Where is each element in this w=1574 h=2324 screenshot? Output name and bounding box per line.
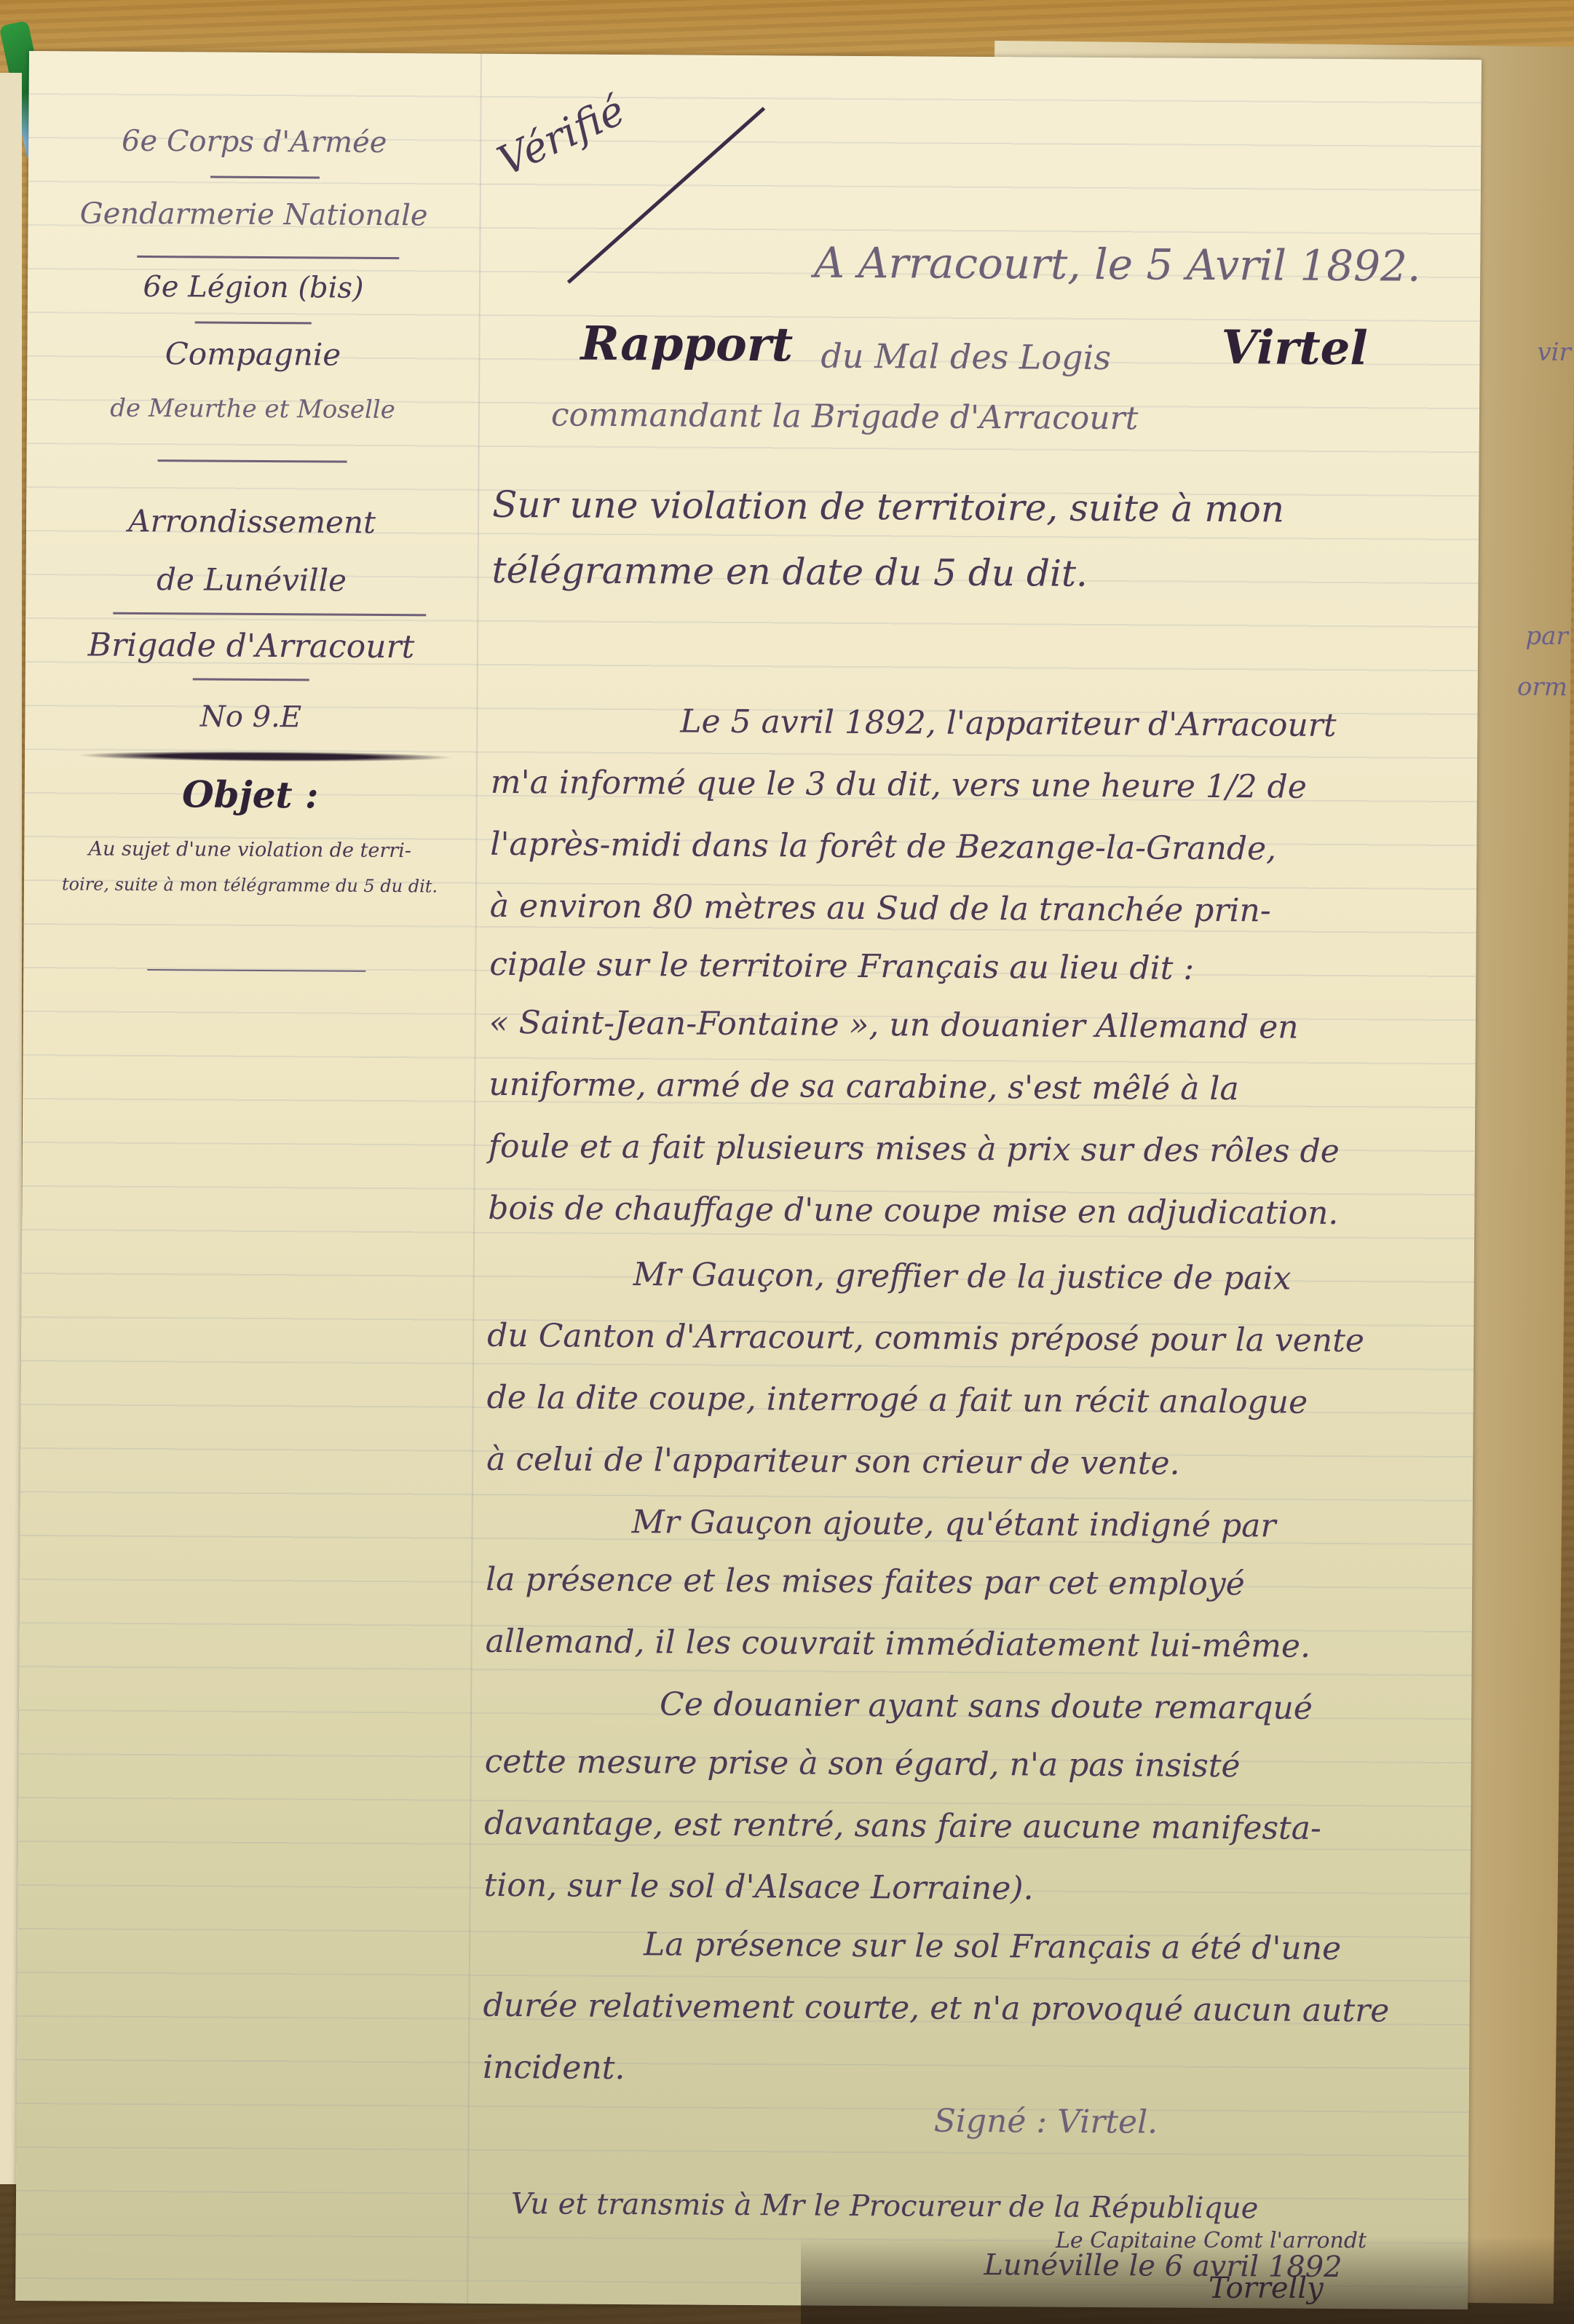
divider bbox=[137, 256, 399, 259]
divider bbox=[147, 969, 365, 972]
ornamental-swash bbox=[76, 750, 454, 762]
body-line: durée relativement courte, et n'a provoq… bbox=[483, 1987, 1389, 2030]
letterhead-arrondissement-label: Arrondissement bbox=[26, 502, 478, 541]
endorsement-line: Vu et transmis à Mr le Procureur de la R… bbox=[511, 2187, 1259, 2225]
objet-text-line: toire, suite à mon télégramme du 5 du di… bbox=[24, 874, 475, 897]
letterhead-company-label: Compagnie bbox=[27, 335, 478, 373]
body-line: allemand, il les couvrait immédiatement … bbox=[486, 1623, 1311, 1665]
subject-line: Sur une violation de territoire, suite à… bbox=[492, 483, 1284, 531]
body-line: Mr Gauçon, greffier de la justice de pai… bbox=[633, 1256, 1292, 1297]
report-page: 6e Corps d'Armée Gendarmerie Nationale 6… bbox=[15, 51, 1482, 2309]
body-line: bois de chauffage d'une coupe mise en ad… bbox=[488, 1190, 1338, 1232]
body-line: Le 5 avril 1892, l'appariteur d'Arracour… bbox=[680, 703, 1336, 744]
body-line: Ce douanier ayant sans doute remarqué bbox=[660, 1685, 1313, 1726]
letterhead-arrondissement: de Lunéville bbox=[25, 561, 477, 599]
body-line: de la dite coupe, interrogé a fait un ré… bbox=[487, 1379, 1308, 1421]
underlying-fragment: par bbox=[1525, 622, 1568, 652]
verified-annotation: Vérifié bbox=[491, 87, 632, 186]
body-line: foule et a fait plusieurs mises à prix s… bbox=[489, 1128, 1340, 1170]
report-author-name: Virtel bbox=[1221, 320, 1368, 376]
objet-label: Objet : bbox=[25, 772, 476, 818]
margin-rule bbox=[467, 54, 482, 2304]
letterhead-corps: 6e Corps d'Armée bbox=[28, 124, 480, 160]
body-line: cette mesure prise à son égard, n'a pas … bbox=[485, 1743, 1241, 1784]
report-title-word: Rapport bbox=[580, 317, 793, 373]
divider bbox=[195, 321, 312, 324]
signature-line: Signé : Virtel. bbox=[933, 2103, 1158, 2141]
bottom-shadow bbox=[801, 2237, 1574, 2324]
body-line: uniforme, armé de sa carabine, s'est mêl… bbox=[489, 1066, 1239, 1107]
body-line: tion, sur le sol d'Alsace Lorraine). bbox=[483, 1867, 1033, 1908]
letterhead-company: de Meurthe et Moselle bbox=[27, 393, 478, 425]
divider bbox=[193, 678, 309, 681]
subject-line: télégramme en date du 5 du dit. bbox=[491, 549, 1088, 595]
body-line: « Saint-Jean-Fontaine », un douanier All… bbox=[489, 1004, 1299, 1046]
body-line: davantage, est rentré, sans faire aucune… bbox=[484, 1805, 1321, 1847]
body-line: cipale sur le territoire Français au lie… bbox=[489, 946, 1194, 987]
body-line: l'après-midi dans la forêt de Bezange-la… bbox=[490, 826, 1276, 868]
letterhead-branch: Gendarmerie Nationale bbox=[28, 197, 479, 233]
report-title-rank: du Mal des Logis bbox=[820, 336, 1111, 377]
report-title-command: commandant la Brigade d'Arracourt bbox=[551, 396, 1139, 437]
body-line: m'a informé que le 3 du dit, vers une he… bbox=[491, 764, 1307, 806]
body-line: Mr Gauçon ajoute, qu'étant indigné par bbox=[632, 1503, 1276, 1544]
body-line: incident. bbox=[483, 2049, 625, 2087]
letterhead-legion: 6e Légion (bis) bbox=[28, 269, 479, 306]
divider bbox=[210, 176, 320, 179]
divider bbox=[113, 612, 426, 617]
divider bbox=[158, 459, 347, 463]
objet-text-line: Au sujet d'une violation de terri- bbox=[24, 837, 475, 863]
body-line: du Canton d'Arracourt, commis préposé po… bbox=[487, 1317, 1364, 1359]
letterhead-brigade: Brigade d'Arracourt bbox=[25, 626, 477, 666]
underlying-fragment: vir bbox=[1537, 338, 1571, 367]
place-date: A Arracourt, le 5 Avril 1892. bbox=[814, 238, 1421, 291]
body-line: La présence sur le sol Français a été d'… bbox=[644, 1926, 1341, 1967]
underlying-fragment: orm bbox=[1517, 672, 1567, 702]
letterhead-number: No 9.E bbox=[25, 699, 476, 735]
body-line: la présence et les mises faites par cet … bbox=[486, 1561, 1245, 1602]
body-line: à environ 80 mètres au Sud de la tranché… bbox=[490, 888, 1271, 930]
body-line: à celui de l'appariteur son crieur de ve… bbox=[486, 1441, 1180, 1482]
